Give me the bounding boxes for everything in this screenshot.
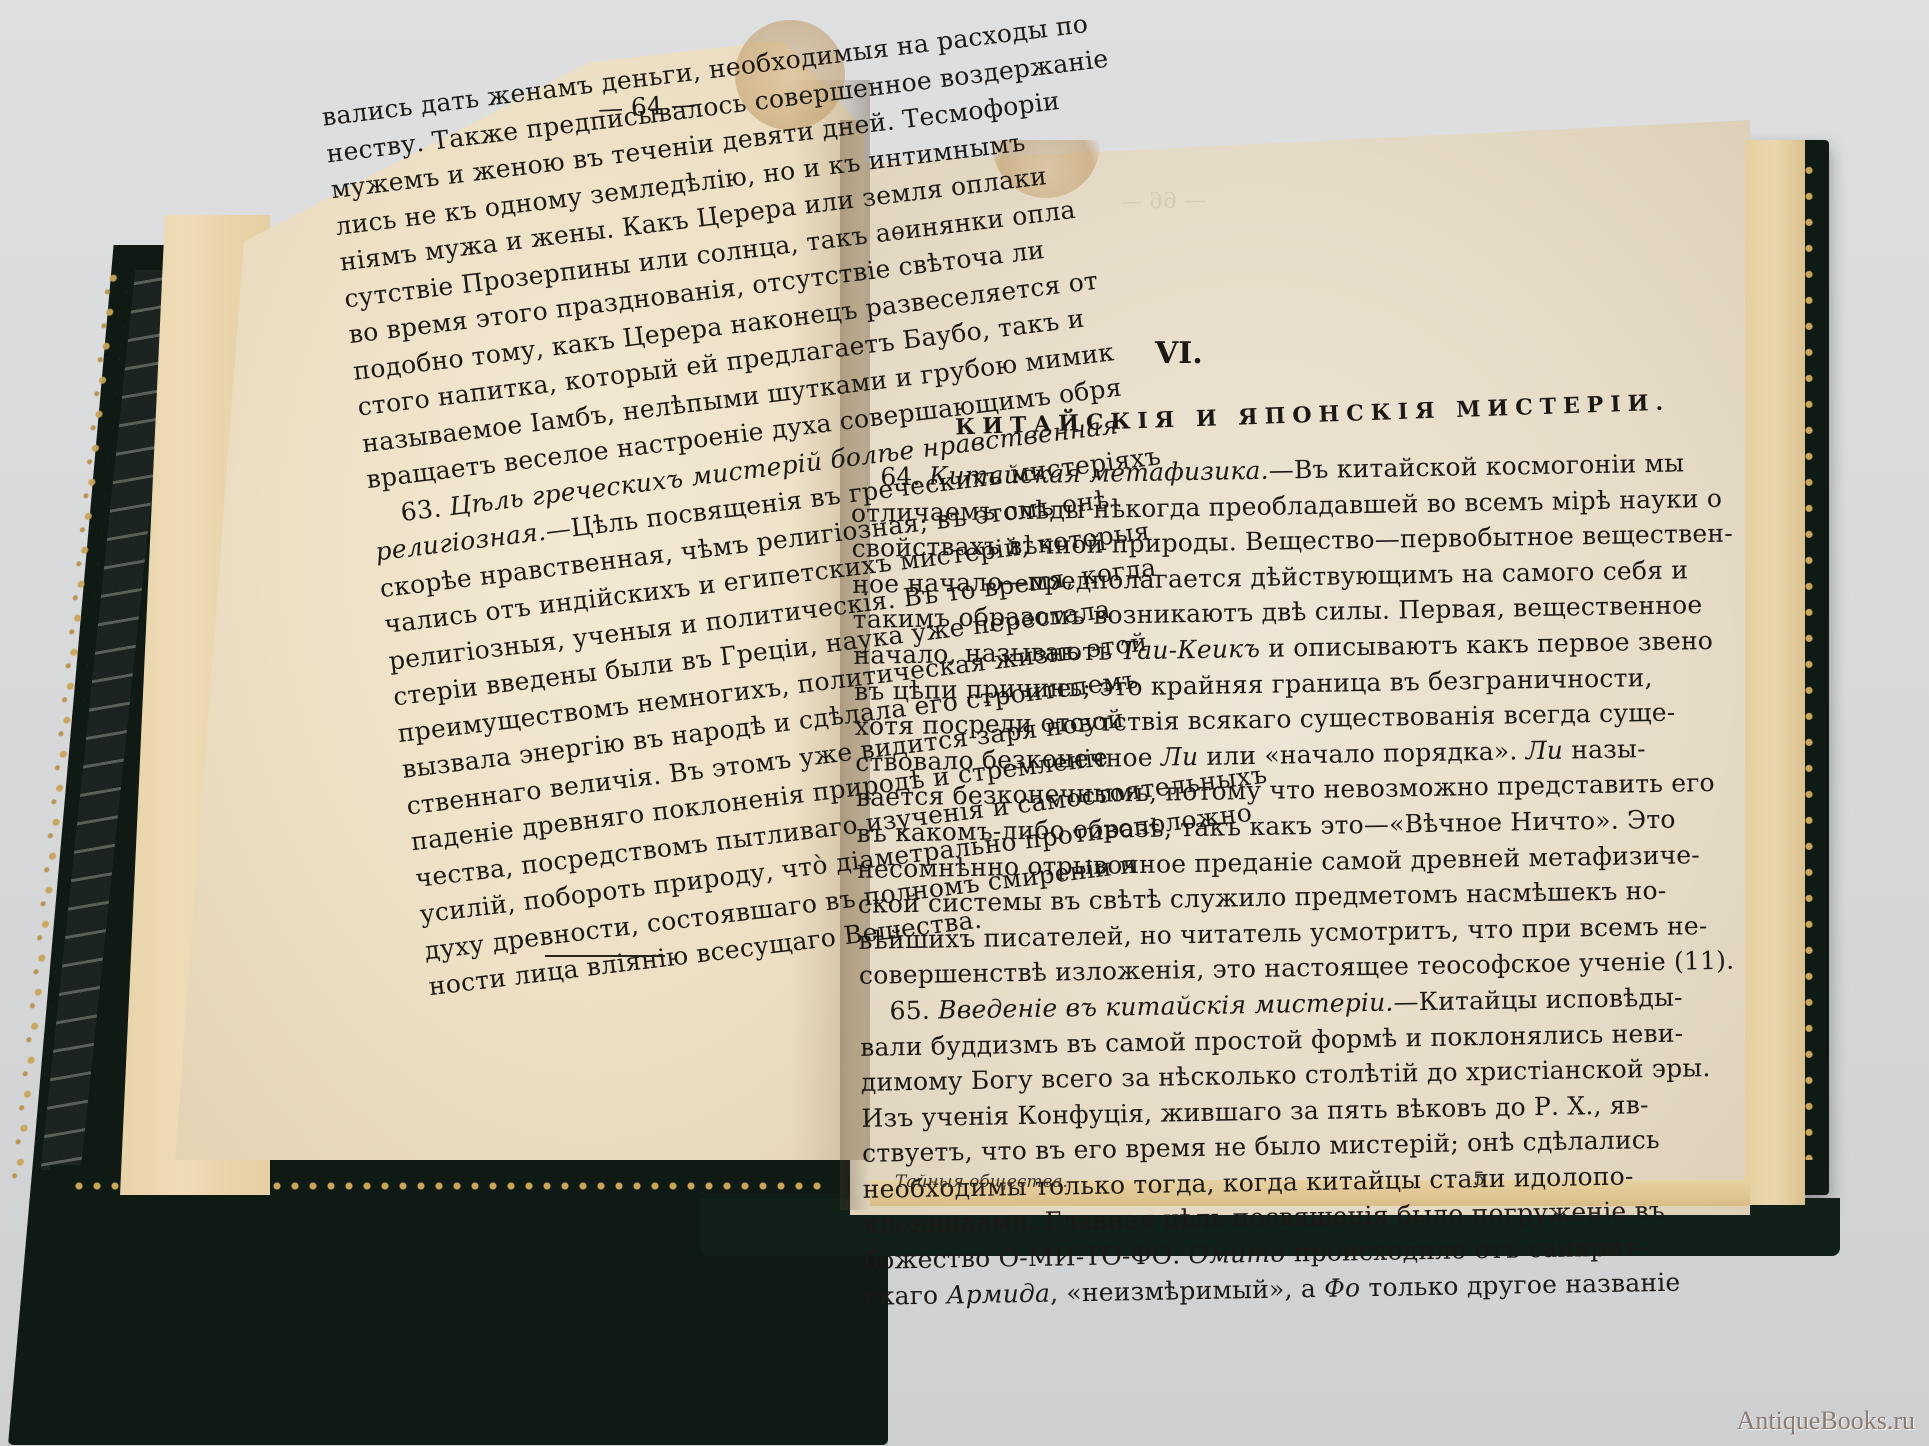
page-block-right [1745,140,1805,1205]
section-title: Введеніе въ китайскія мистеріи. [938,988,1394,1025]
book-photo: — 66 — — 64 — вались дать женамъ деньги,… [0,0,1929,1446]
section-number: 63. [399,493,443,527]
watermark-logo: AntiqueBooks.ru [1737,1406,1915,1436]
show-through-page-number: — 66 — [1120,184,1207,218]
running-footer-title: Тайныя общества. [895,1172,1068,1192]
end-rule [545,955,665,957]
signature-mark: 5 [1473,1168,1485,1190]
section-title: Китайская метафизика. [929,456,1269,491]
chapter-number: VI. [1155,336,1203,371]
